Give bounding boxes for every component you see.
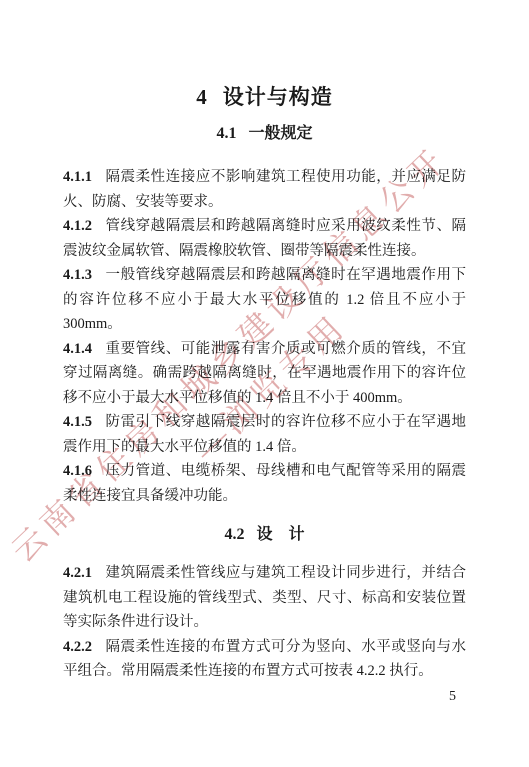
paragraph-text: 重要管线、可能泄露有害介质或可燃介质的管线，不宜穿过隔离缝。确需跨越隔离缝时，在… xyxy=(63,341,466,406)
chapter-title: 4设计与构造 xyxy=(63,84,466,110)
paragraph-4-1-3: 4.1.3一般管线穿越隔震层和跨越隔离缝时在罕遇地震作用下的容许位移不应小于最大… xyxy=(63,263,466,337)
page-number: 5 xyxy=(449,688,456,706)
paragraph-4-1-1: 4.1.1隔震柔性连接应不影响建筑工程使用功能，并应满足防火、防腐、安装等要求。 xyxy=(63,165,466,214)
page-content: 4设计与构造 4.1一般规定 4.1.1隔震柔性连接应不影响建筑工程使用功能，并… xyxy=(63,76,466,684)
section-title-text: 设 计 xyxy=(256,526,304,543)
section-title-text: 一般规定 xyxy=(248,125,312,142)
paragraph-number: 4.2.2 xyxy=(63,639,92,655)
paragraph-text: 管线穿越隔震层和跨越隔离缝时应采用波纹柔性节、隔震波纹金属软管、隔震橡胶软管、圈… xyxy=(63,218,466,259)
document-page: 4设计与构造 4.1一般规定 4.1.1隔震柔性连接应不影响建筑工程使用功能，并… xyxy=(0,0,529,767)
paragraph-number: 4.1.2 xyxy=(63,218,92,234)
paragraph-number: 4.1.1 xyxy=(63,169,92,185)
chapter-number: 4 xyxy=(196,85,207,109)
paragraph-number: 4.1.3 xyxy=(63,267,92,283)
paragraph-number: 4.2.1 xyxy=(63,565,92,581)
paragraph-text: 一般管线穿越隔震层和跨越隔离缝时在罕遇地震作用下的容许位移不应小于最大水平位移值… xyxy=(63,267,466,332)
section-number: 4.2 xyxy=(224,526,244,543)
paragraph-text: 隔震柔性连接的布置方式可分为竖向、水平或竖向与水平组合。常用隔震柔性连接的布置方… xyxy=(63,639,466,680)
paragraph-text: 防雷引下线穿越隔震层时的容许位移不应小于在罕遇地震作用下的最大水平位移值的 1.… xyxy=(63,414,466,455)
paragraph-4-2-2: 4.2.2隔震柔性连接的布置方式可分为竖向、水平或竖向与水平组合。常用隔震柔性连… xyxy=(63,635,466,684)
paragraph-number: 4.1.5 xyxy=(63,414,92,430)
paragraph-text: 建筑隔震柔性管线应与建筑工程设计同步进行，并结合建筑机电工程设施的管线型式、类型… xyxy=(63,565,466,630)
paragraph-4-1-2: 4.1.2管线穿越隔震层和跨越隔离缝时应采用波纹柔性节、隔震波纹金属软管、隔震橡… xyxy=(63,214,466,263)
paragraph-4-1-4: 4.1.4重要管线、可能泄露有害介质或可燃介质的管线，不宜穿过隔离缝。确需跨越隔… xyxy=(63,337,466,411)
paragraph-text: 隔震柔性连接应不影响建筑工程使用功能，并应满足防火、防腐、安装等要求。 xyxy=(63,169,466,210)
chapter-title-text: 设计与构造 xyxy=(223,85,333,109)
paragraph-number: 4.1.4 xyxy=(63,341,92,357)
paragraph-4-1-5: 4.1.5防雷引下线穿越隔震层时的容许位移不应小于在罕遇地震作用下的最大水平位移… xyxy=(63,410,466,459)
paragraph-number: 4.1.6 xyxy=(63,463,92,479)
section-heading-4-1: 4.1一般规定 xyxy=(63,123,466,145)
paragraph-4-1-6: 4.1.6压力管道、电缆桥架、母线槽和电气配管等采用的隔震柔性连接宜具备缓冲功能… xyxy=(63,459,466,508)
paragraph-4-2-1: 4.2.1建筑隔震柔性管线应与建筑工程设计同步进行，并结合建筑机电工程设施的管线… xyxy=(63,561,466,635)
section-number: 4.1 xyxy=(216,125,236,142)
paragraph-text: 压力管道、电缆桥架、母线槽和电气配管等采用的隔震柔性连接宜具备缓冲功能。 xyxy=(63,463,466,504)
section-heading-4-2: 4.2设 计 xyxy=(63,523,466,547)
